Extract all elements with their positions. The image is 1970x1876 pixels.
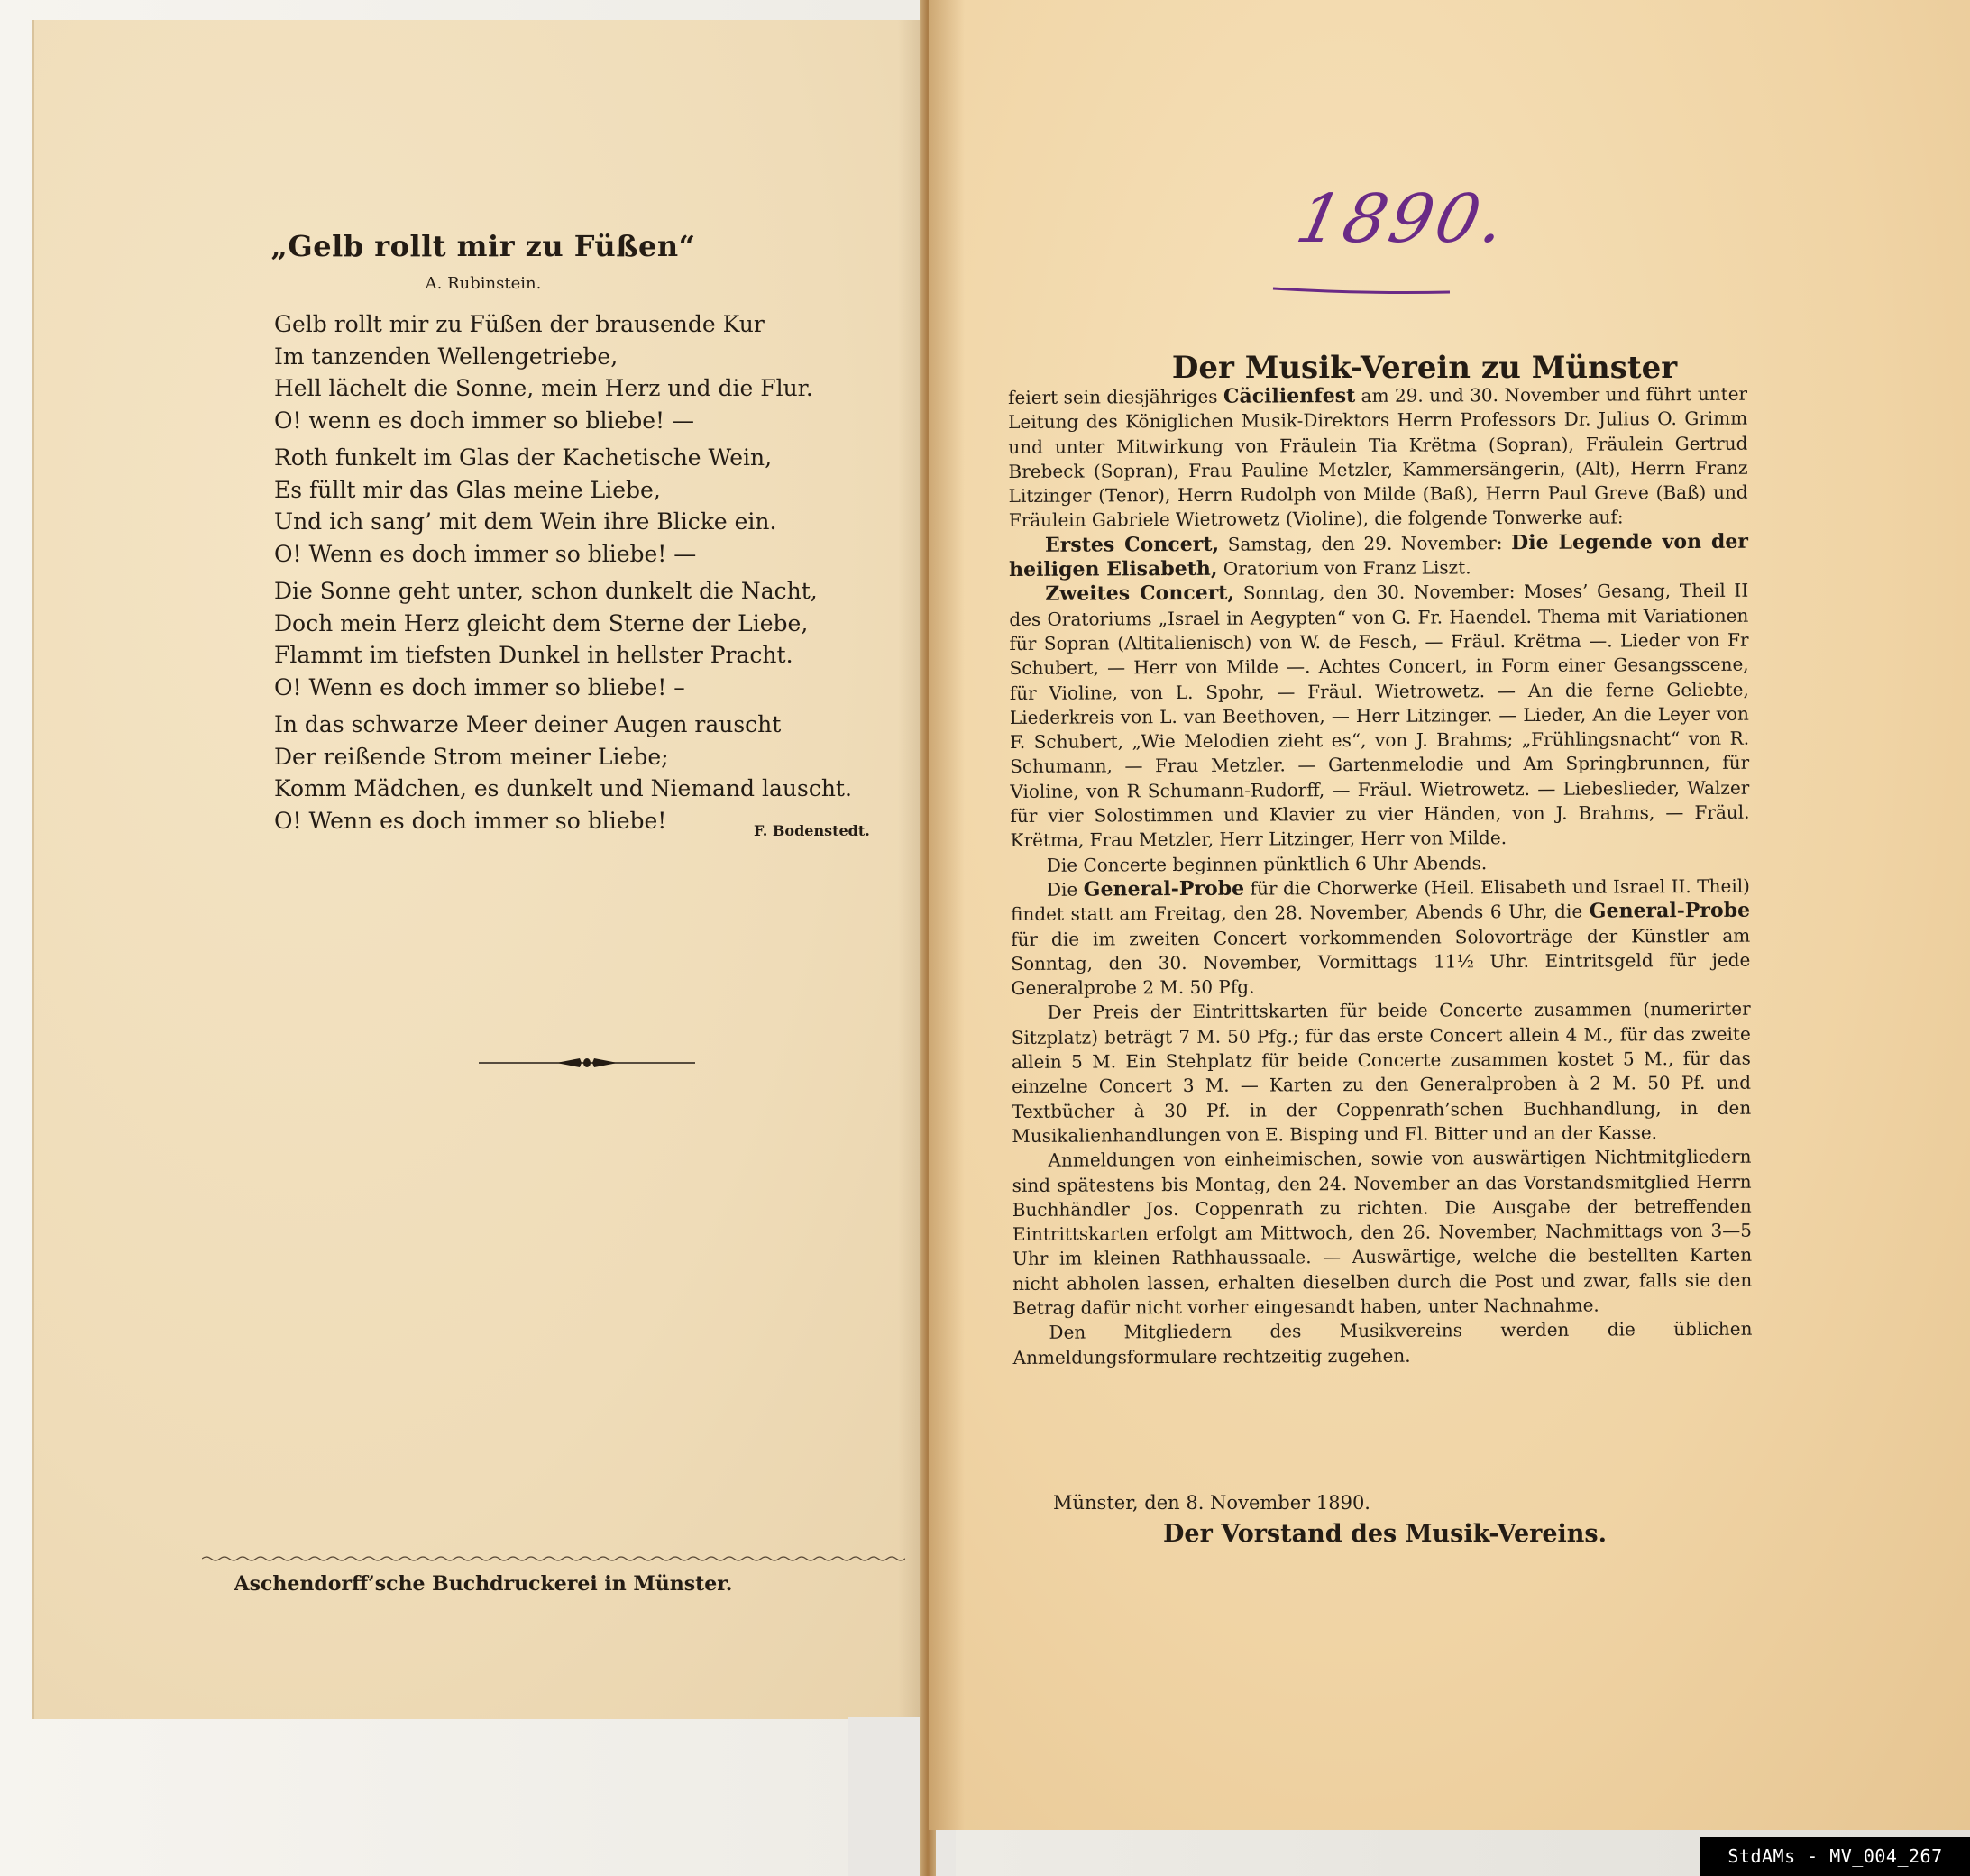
poem-line: Roth funkelt im Glas der Kachetische Wei… [274, 442, 905, 474]
notice-paragraph-registration: Anmeldungen von einheimischen, sowie von… [1012, 1145, 1752, 1321]
poem-stanza-4: In das schwarze Meer deiner Augen rausch… [274, 709, 905, 837]
bold-text: General-Probe [1084, 877, 1244, 901]
text-run: Der Preis der Eintrittskarten für beide … [1012, 998, 1752, 1147]
signature: Der Vorstand des Musik-Vereins. [1163, 1520, 1607, 1548]
poem-author: F. Bodenstedt. [754, 822, 870, 839]
poem-stanza-1: Gelb rollt mir zu Füßen der brausende Ku… [274, 308, 905, 436]
notice-paragraph-prices: Der Preis der Eintrittskarten für beide … [1012, 997, 1752, 1148]
text-run: feiert sein diesjähriges [1008, 386, 1223, 408]
text-run: Die Concerte beginnen pünktlich 6 Uhr Ab… [1047, 852, 1488, 876]
text-run: Die [1047, 879, 1084, 901]
notice-paragraph-intro: feiert sein diesjähriges Cäcilienfest am… [1008, 382, 1748, 534]
left-page: „Gelb rollt mir zu Füßen“ A. Rubinstein.… [32, 20, 934, 1719]
poem-line: Der reißende Strom meiner Liebe; [274, 741, 905, 773]
archive-label: StdAMs - MV_004_267 [1700, 1837, 1970, 1876]
text-run: Sonntag, den 30. November: Moses’ Gesang… [1009, 580, 1749, 851]
poem-line: Es füllt mir das Glas meine Liebe, [274, 474, 905, 507]
poem-line: Gelb rollt mir zu Füßen der brausende Ku… [274, 308, 905, 341]
notice-paragraph-start-time: Die Concerte beginnen pünktlich 6 Uhr Ab… [1011, 849, 1750, 878]
notice-body: feiert sein diesjähriges Cäcilienfest am… [1008, 382, 1753, 1370]
wavy-rule-divider [202, 1552, 905, 1565]
closing-date: Münster, den 8. November 1890. [1053, 1492, 1370, 1514]
gutter-shade [929, 0, 965, 1830]
text-run: Samstag, den 29. November: [1219, 532, 1511, 555]
poem-line: In das schwarze Meer deiner Augen rausch… [274, 709, 905, 741]
printer-imprint: Aschendorff’sche Buchdruckerei in Münste… [32, 1572, 934, 1596]
bold-text: Cäcilienfest [1223, 384, 1355, 408]
bold-text: General-Probe [1590, 899, 1750, 923]
poem-stanza-3: Die Sonne geht unter, schon dunkelt die … [274, 575, 905, 703]
notice-paragraph-rehearsal: Die General-Probe für die Chorwerke (Hei… [1011, 874, 1751, 1002]
poem-line: O! Wenn es doch immer so bliebe! — [274, 538, 905, 571]
text-run: Oratorium von Franz Liszt. [1217, 556, 1471, 579]
poem-title: „Gelb rollt mir zu Füßen“ [32, 229, 934, 263]
notice-paragraph-first-concert: Erstes Concert, Samstag, den 29. Novembe… [1009, 529, 1748, 582]
text-run: für die im zweiten Concert vorkommenden … [1011, 924, 1750, 999]
poem-line: Komm Mädchen, es dunkelt und Niemand lau… [274, 773, 905, 805]
handwritten-year: 1890. [1290, 180, 1516, 258]
handwritten-underline [1271, 285, 1452, 296]
notice-paragraph-members: Den Mitgliedern des Musikvereins werden … [1012, 1317, 1752, 1370]
poem-line: Flammt im tiefsten Dunkel in hellster Pr… [274, 639, 905, 672]
poem-composer: A. Rubinstein. [32, 274, 934, 293]
poem-line: Hell lächelt die Sonne, mein Herz und di… [274, 372, 905, 405]
poem-line: Im tanzenden Wellengetriebe, [274, 341, 905, 373]
poem-line: O! Wenn es doch immer so bliebe! – [274, 672, 905, 704]
ornament-divider-icon [479, 1057, 695, 1069]
poem-line: Und ich sang’ mit dem Wein ihre Blicke e… [274, 506, 905, 538]
bold-text: Erstes Concert, [1045, 533, 1219, 557]
notice-title: Der Musik-Verein zu Münster [1019, 350, 1830, 386]
poem-line: O! wenn es doch immer so bliebe! — [274, 405, 905, 437]
poem-line: Die Sonne geht unter, schon dunkelt die … [274, 575, 905, 608]
text-run: Den Mitgliedern des Musikvereins werden … [1013, 1318, 1753, 1368]
poem-line: Doch mein Herz gleicht dem Sterne der Li… [274, 608, 905, 640]
notice-paragraph-second-concert: Zweites Concert, Sonntag, den 30. Novemb… [1009, 579, 1750, 854]
text-run: Anmeldungen von einheimischen, sowie von… [1012, 1146, 1753, 1319]
poem-stanza-2: Roth funkelt im Glas der Kachetische Wei… [274, 442, 905, 570]
bold-text: Zweites Concert, [1045, 581, 1234, 606]
